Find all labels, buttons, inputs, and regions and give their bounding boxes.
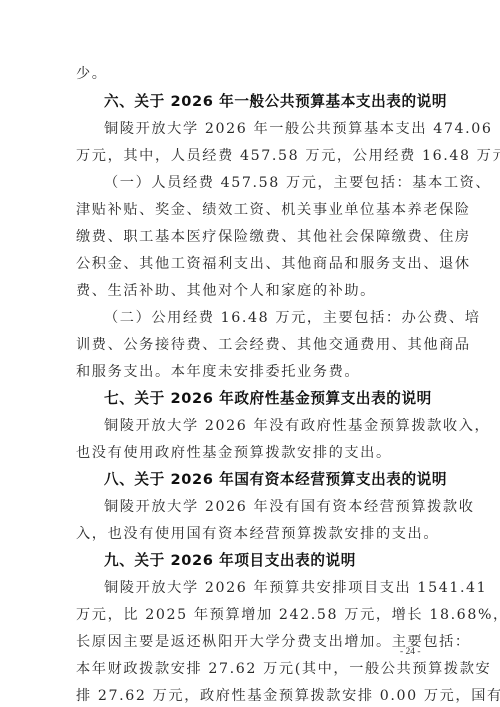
text-line: 也没有使用政府性基金预算拨款安排的支出。 — [76, 443, 440, 463]
text-line: 长原因主要是返还枞阳开大学分费支出增加。主要包括： — [76, 632, 440, 652]
text-line: 训费、公务接待费、工会经费、其他交通费用、其他商品 — [76, 335, 440, 355]
text-line: 入，也没有使用国有资本经营预算拨款安排的支出。 — [76, 524, 440, 544]
text-line: 缴费、职工基本医疗保险缴费、其他社会保障缴费、住房 — [76, 227, 440, 247]
text-line: （一）人员经费 457.58 万元，主要包括：基本工资、 — [104, 173, 440, 193]
text-line: （二）公用经费 16.48 万元，主要包括：办公费、培 — [104, 308, 440, 328]
text-line: 铜陵开放大学 2026 年没有国有资本经营预算拨款收 — [104, 497, 440, 517]
text-line: 和服务支出。本年度未安排委托业务费。 — [76, 362, 440, 382]
text-line: 万元，其中，人员经费 457.58 万元，公用经费 16.48 万元。 — [76, 146, 440, 166]
section-heading-6: 六、关于 2026 年一般公共预算基本支出表的说明 — [104, 92, 447, 112]
text-line: 本年财政拨款安排 27.62 万元(其中，一般公共预算拨款安 — [76, 659, 440, 679]
text-line: 铜陵开放大学 2026 年预算共安排项目支出 1541.41 — [104, 578, 440, 598]
text-line: 少。 — [76, 64, 440, 84]
section-heading-9: 九、关于 2026 年项目支出表的说明 — [104, 551, 356, 571]
page-number: - 24 - — [400, 647, 421, 657]
section-heading-7: 七、关于 2026 年政府性基金预算支出表的说明 — [104, 389, 432, 409]
text-line: 费、生活补助、其他对个人和家庭的补助。 — [76, 281, 440, 301]
text-line: 铜陵开放大学 2026 年没有政府性基金预算拨款收入， — [104, 416, 440, 436]
text-line: 公积金、其他工资福利支出、其他商品和服务支出、退休 — [76, 254, 440, 274]
section-heading-8: 八、关于 2026 年国有资本经营预算支出表的说明 — [104, 470, 447, 490]
document-page: 少。 六、关于 2026 年一般公共预算基本支出表的说明 铜陵开放大学 2026… — [0, 0, 500, 707]
text-line: 铜陵开放大学 2026 年一般公共预算基本支出 474.06 — [104, 119, 440, 139]
text-line: 排 27.62 万元，政府性基金预算拨款安排 0.00 万元，国有 — [76, 686, 440, 706]
text-line: 津贴补贴、奖金、绩效工资、机关事业单位基本养老保险 — [76, 200, 440, 220]
text-line: 万元，比 2025 年预算增加 242.58 万元，增长 18.68%，增 — [76, 605, 440, 625]
